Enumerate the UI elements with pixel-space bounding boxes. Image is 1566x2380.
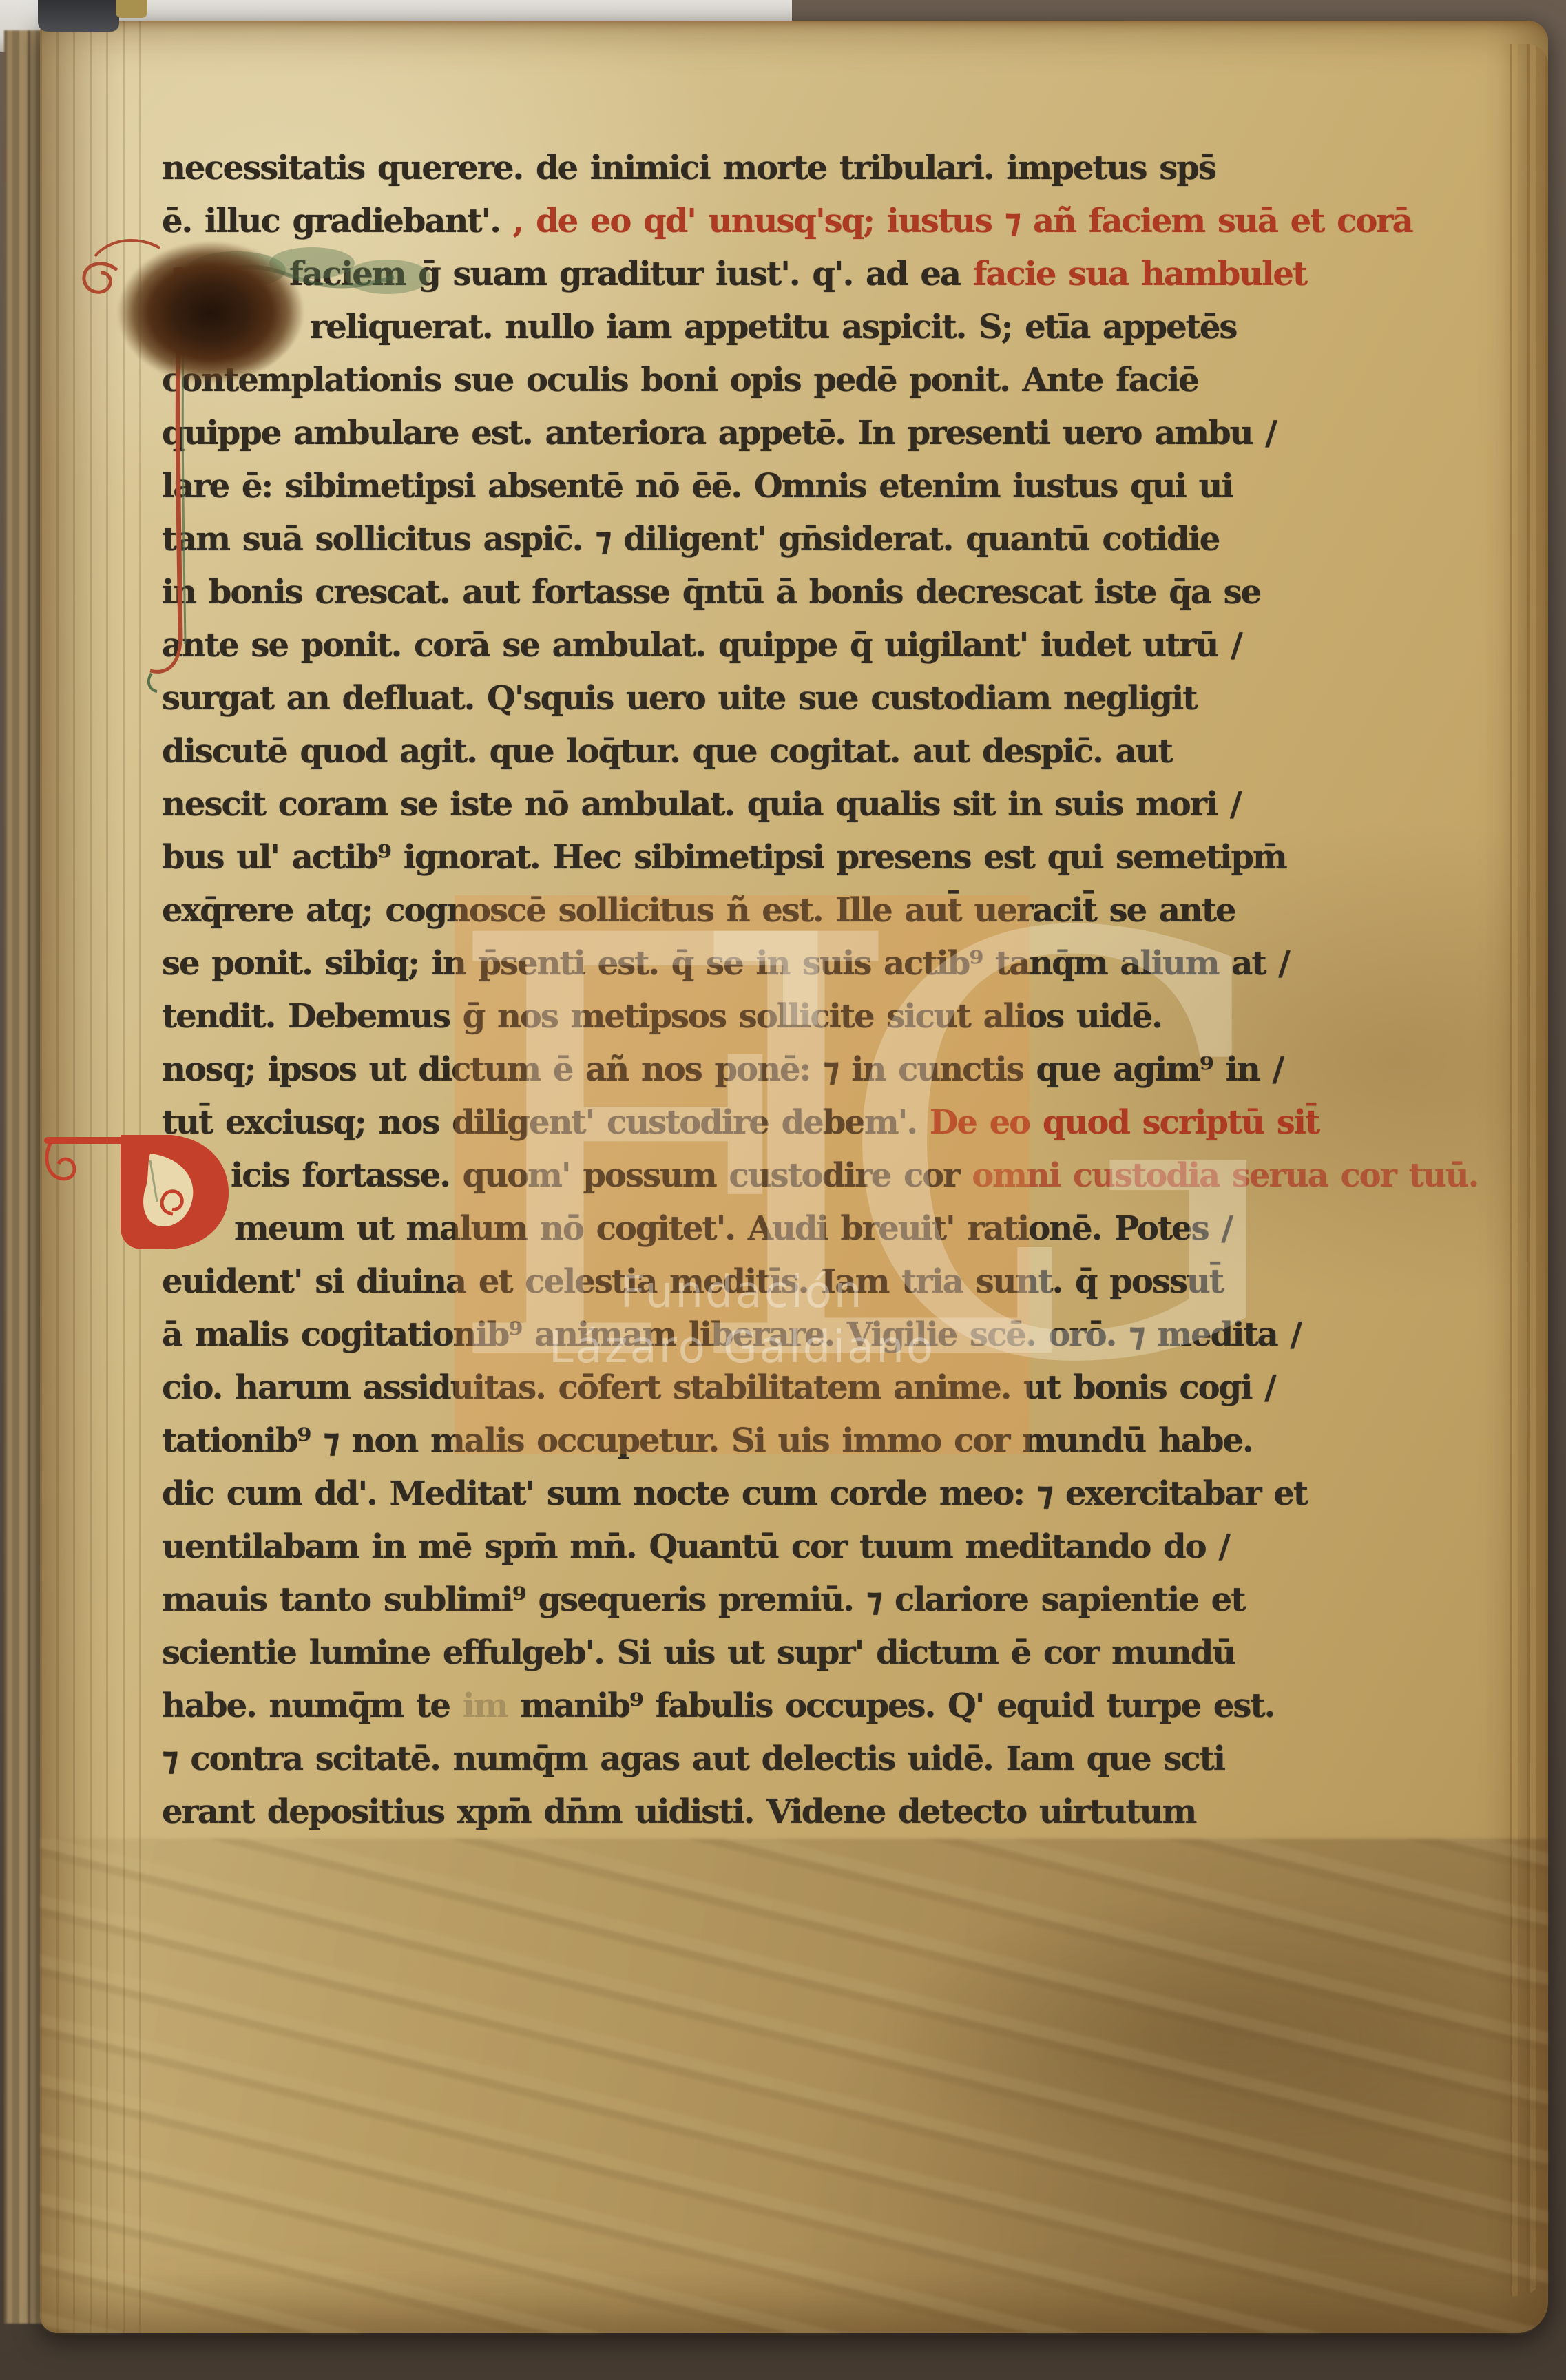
ink-text: manib⁹ fabulis occupes. Q' equid turpe e…: [508, 1687, 1275, 1725]
text-line: ⁊ contra scitatē. numq̄m agas aut delect…: [162, 1739, 1224, 1782]
ink-text: se ponit. sibiq; in p̄senti est. q̄ se i…: [162, 944, 1289, 983]
text-line: nosq; ipsos ut dictum ē añ nos ponē: ⁊ i…: [162, 1050, 1283, 1092]
text-line: ā malis cogitationib⁹ animam liberare. V…: [162, 1315, 1301, 1357]
rubric-text: , de eo qd' unusq'sq; iustus ⁊ añ faciem…: [513, 202, 1412, 240]
ink-text: exq̄rere atq; cognoscē sollicitus ñ est.…: [162, 891, 1235, 930]
manuscript-scan: necessitatis querere. de inimici morte t…: [0, 0, 1566, 2380]
text-line: icis fortasse. quom' possum custodire co…: [231, 1156, 1478, 1198]
text-line: necessitatis querere. de inimici morte t…: [162, 148, 1215, 191]
rubric-text: omni custodia serua cor tuū.: [972, 1156, 1478, 1195]
text-line: nescit coram se iste nō ambulat. quia qu…: [162, 784, 1241, 827]
rubric-text: facie sua hambulet: [973, 255, 1306, 293]
rubric-text: im: [463, 1687, 508, 1725]
ink-text: tationib⁹ ⁊ non malis occupetur. Si uis …: [162, 1421, 1253, 1460]
text-line: mauis tanto sublimi⁹ gsequeris premiū. ⁊…: [162, 1580, 1244, 1622]
ink-text: discutē quod agit. que loq̄tur. que cogi…: [162, 732, 1172, 771]
ink-text: ⁊ contra scitatē. numq̄m agas aut delect…: [162, 1740, 1224, 1778]
text-line: se ponit. sibiq; in p̄senti est. q̄ se i…: [162, 943, 1289, 986]
decorated-initial-D: [40, 1133, 247, 1281]
ink-text: mauis tanto sublimi⁹ gsequeris premiū. ⁊…: [162, 1580, 1244, 1619]
ink-text: ā malis cogitationib⁹ animam liberare. V…: [162, 1315, 1301, 1354]
ink-text: habe. numq̄m te: [162, 1687, 463, 1725]
ink-text: tut̄ exciusq; nos diligent' custodire de…: [162, 1103, 930, 1142]
text-line: bus ul' actib⁹ ignorat. Hec sibimetipsi …: [162, 837, 1286, 880]
ink-text: bus ul' actib⁹ ignorat. Hec sibimetipsi …: [162, 838, 1286, 877]
ink-text: nescit coram se iste nō ambulat. quia qu…: [162, 785, 1241, 824]
text-line: meum ut malum nō cogitet'. Audi breuit' …: [234, 1209, 1232, 1251]
parchment-page: necessitatis querere. de inimici morte t…: [40, 21, 1548, 2333]
ink-text: necessitatis querere. de inimici morte t…: [162, 149, 1215, 187]
ink-text: euident' si diuina et celestia meditīs. …: [162, 1262, 1223, 1301]
text-line: erant depositius xpm̄ dn̄m uidisti. Vide…: [162, 1792, 1196, 1835]
text-line: dic cum dd'. Meditat' sum nocte cum cord…: [162, 1474, 1307, 1516]
rubric-text: De eo quod scriptū sit̄: [930, 1103, 1319, 1142]
text-line: cio. harum assiduitas. cōfert stabilitat…: [162, 1368, 1275, 1410]
text-line: discutē quod agit. que loq̄tur. que cogi…: [162, 731, 1172, 774]
binding-tab: [116, 0, 147, 18]
ink-text: tendit. Debemus ḡ nos metipsos sollicite…: [162, 997, 1162, 1036]
text-line: tut̄ exciusq; nos diligent' custodire de…: [162, 1103, 1319, 1145]
ink-text: dic cum dd'. Meditat' sum nocte cum cord…: [162, 1474, 1307, 1513]
ink-text: uentilabam in mē spm̄ mn̄. Quantū cor tu…: [162, 1527, 1229, 1566]
text-line: habe. numq̄m te im manib⁹ fabulis occupe…: [162, 1686, 1274, 1729]
text-line: tationib⁹ ⁊ non malis occupetur. Si uis …: [162, 1421, 1253, 1463]
text-line: uentilabam in mē spm̄ mn̄. Quantū cor tu…: [162, 1527, 1229, 1569]
ink-text: cio. harum assiduitas. cōfert stabilitat…: [162, 1368, 1275, 1407]
ink-text: scientie lumine effulgeb'. Si uis ut sup…: [162, 1633, 1235, 1672]
ink-text: erant depositius xpm̄ dn̄m uidisti. Vide…: [162, 1793, 1196, 1831]
text-line: tendit. Debemus ḡ nos metipsos sollicite…: [162, 996, 1162, 1039]
ink-text: icis fortasse. quom' possum custodire co…: [231, 1156, 972, 1195]
binding-clasp: [38, 0, 119, 32]
ink-text: meum ut malum nō cogitet'. Audi breuit' …: [234, 1209, 1232, 1248]
ink-text: nosq; ipsos ut dictum ē añ nos ponē: ⁊ i…: [162, 1050, 1283, 1089]
text-line: scientie lumine effulgeb'. Si uis ut sup…: [162, 1633, 1235, 1676]
text-line: euident' si diuina et celestia meditīs. …: [162, 1262, 1223, 1304]
text-line: exq̄rere atq; cognoscē sollicitus ñ est.…: [162, 890, 1235, 933]
